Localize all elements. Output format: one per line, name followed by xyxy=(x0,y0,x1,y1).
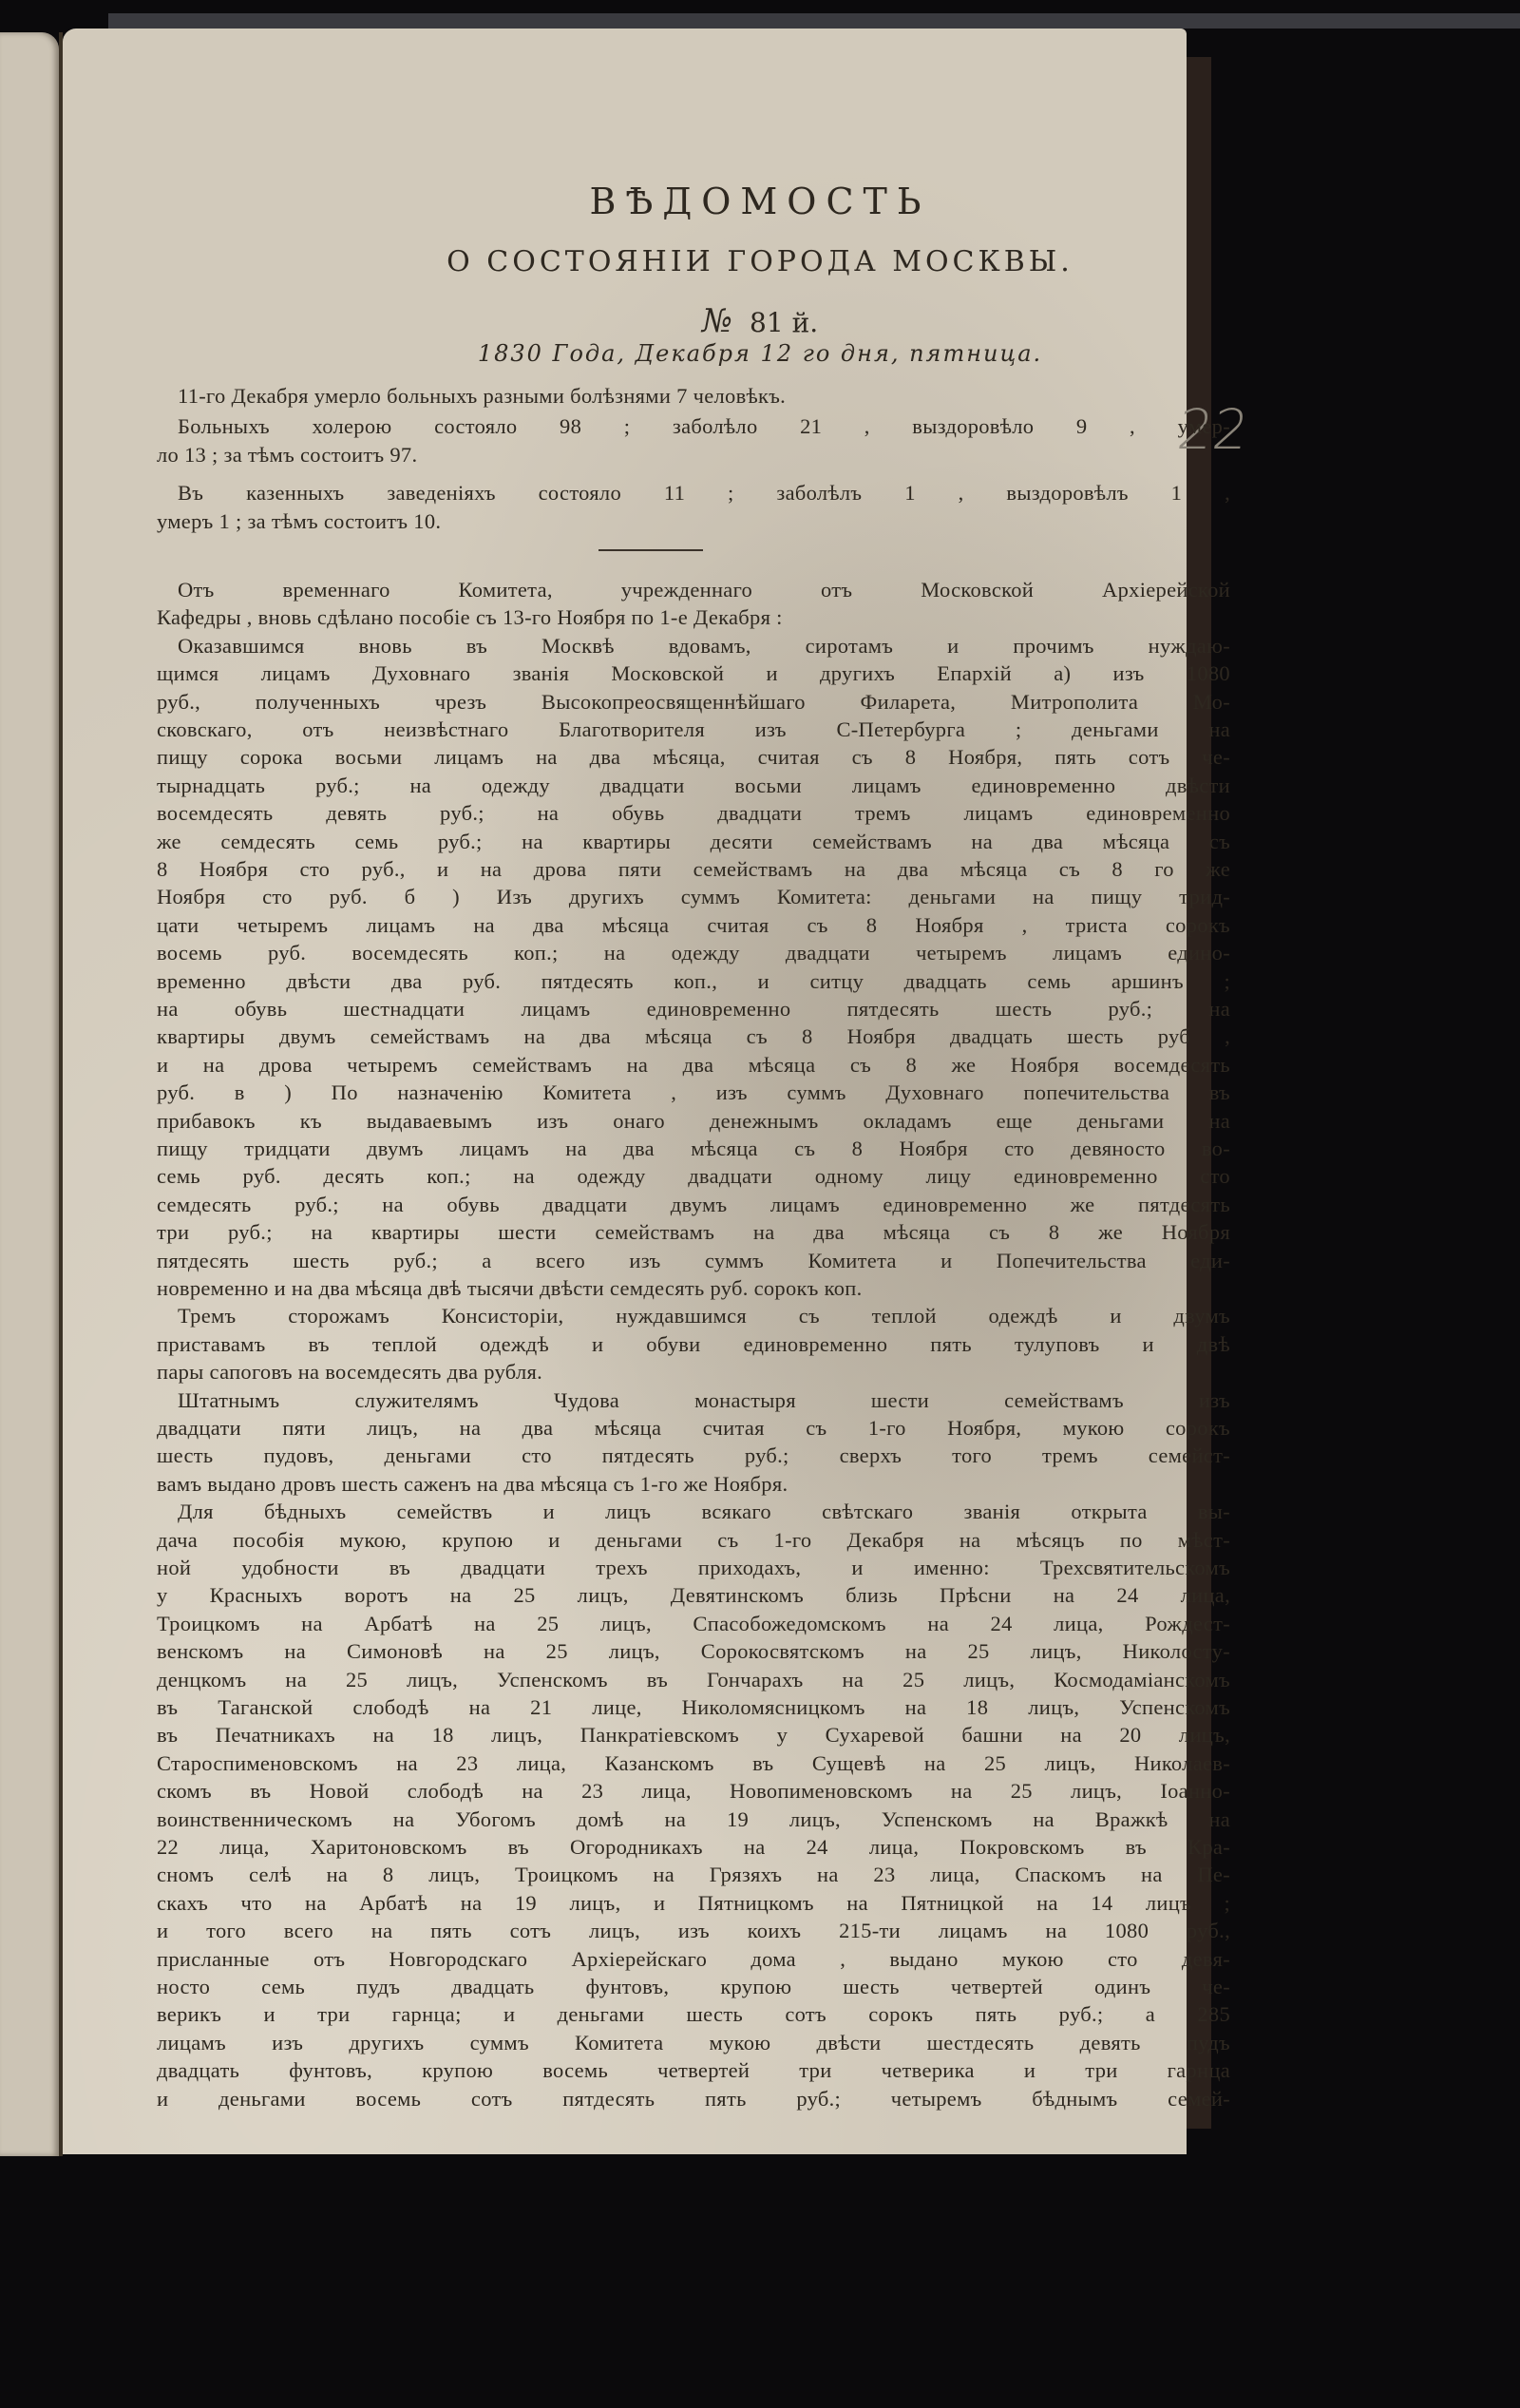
article-line: присланные отъ Новгородскаго Архіерейска… xyxy=(157,1947,1230,1972)
article-line: Для бѣдныхъ семействъ и лицъ всякаго свѣ… xyxy=(157,1500,1230,1524)
article-line: Отъ временнаго Комитета, учрежденнаго от… xyxy=(157,578,1230,602)
article-line: руб. в ) По назначенію Комитета , изъ су… xyxy=(157,1080,1230,1105)
article-line: тырнадцать руб.; на одежду двадцати вось… xyxy=(157,774,1230,798)
article-line: въ Таганской слободѣ на 21 лице, Николом… xyxy=(157,1695,1230,1720)
article-line: восемь руб. восемдесять коп.; на одежду … xyxy=(157,941,1230,965)
article-line: воинственническомъ на Убогомъ домѣ на 19… xyxy=(157,1807,1230,1832)
article-line: скомъ въ Новой слободѣ на 23 лица, Новоп… xyxy=(157,1779,1230,1804)
article-line: дача пособія мукою, крупою и деньгами съ… xyxy=(157,1528,1230,1553)
masthead-subtitle: О СОСТОЯНІИ ГОРОДА МОСКВЫ. xyxy=(0,245,1520,278)
article-line: носто семь пудъ двадцать фунтовъ, крупою… xyxy=(157,1975,1230,1999)
report-line: 11-го Декабря умерло больныхъ разными бо… xyxy=(157,384,1230,409)
masthead-title: ВѢДОМОСТЬ xyxy=(0,181,1520,222)
article-line: ной удобности въ двадцати трехъ приходах… xyxy=(157,1556,1230,1580)
numero-sign: № xyxy=(702,302,732,340)
article-line: квартиры двумъ семействамъ на два мѣсяца… xyxy=(157,1024,1230,1049)
dateline: 1830 Года, Декабря 12 го дня, пятница. xyxy=(0,340,1520,367)
article-line: 8 Ноября сто руб., и на дрова пяти семей… xyxy=(157,857,1230,882)
article-line: Троицкомъ на Арбатѣ на 25 лицъ, Спасобож… xyxy=(157,1612,1230,1636)
article-line: сковскаго, отъ неизвѣстнаго Благотворите… xyxy=(157,717,1230,742)
article-line: скахъ что на Арбатѣ на 19 лицъ, и Пятниц… xyxy=(157,1891,1230,1916)
article-line: семь руб. десять коп.; на одежду двадцат… xyxy=(157,1164,1230,1189)
article-line: пищу сорока восьми лицамъ на два мѣсяца,… xyxy=(157,745,1230,770)
background-right xyxy=(1187,29,1520,2408)
article-line: шесть пудовъ, деньгами сто пятдесять руб… xyxy=(157,1443,1230,1468)
article-line: денцкомъ на 25 лицъ, Успенскомъ въ Гонча… xyxy=(157,1668,1230,1692)
article-line: лицамъ изъ другихъ суммъ Комитета мукою … xyxy=(157,2031,1230,2055)
report-line: ло 13 ; за тѣмъ состоитъ 97. xyxy=(157,443,1230,468)
article-line: новременно и на два мѣсяца двѣ тысячи дв… xyxy=(157,1276,1230,1301)
article-line: у Красныхъ воротъ на 25 лицъ, Девятинско… xyxy=(157,1583,1230,1608)
article-line: въ Печатникахъ на 18 лицъ, Панкратіевско… xyxy=(157,1723,1230,1748)
article-line: Оказавшимся вновь въ Москвѣ вдовамъ, сир… xyxy=(157,634,1230,659)
article-line: пятдесять шесть руб.; а всего изъ суммъ … xyxy=(157,1249,1230,1273)
article-line: цати четыремъ лицамъ на два мѣсяца счита… xyxy=(157,913,1230,938)
issue-number-value: 81 й. xyxy=(750,307,818,338)
article-line: Староспименовскомъ на 23 лица, Казанском… xyxy=(157,1751,1230,1776)
issue-number: №81 й. xyxy=(0,302,1520,340)
article-line: венскомъ на Симоновѣ на 25 лицъ, Сорокос… xyxy=(157,1639,1230,1664)
article-line: пары сапоговъ на восемдесять два рубля. xyxy=(157,1360,1230,1385)
article-line: приставамъ въ теплой одеждѣ и обуви един… xyxy=(157,1332,1230,1357)
article-line: три руб.; на квартиры шести семействамъ … xyxy=(157,1220,1230,1245)
article-line: двадцать фунтовъ, крупою восемь четверте… xyxy=(157,2058,1230,2083)
report-line: Больныхъ холерою состояло 98 ; заболѣло … xyxy=(157,414,1230,439)
article-line: двадцати пяти лицъ, на два мѣсяца считая… xyxy=(157,1416,1230,1441)
article-line: 22 лица, Харитоновскомъ въ Огородникахъ … xyxy=(157,1835,1230,1860)
report-line: Въ казенныхъ заведеніяхъ состояло 11 ; з… xyxy=(157,481,1230,506)
article-line: сномъ селѣ на 8 лицъ, Троицкомъ на Грязя… xyxy=(157,1863,1230,1887)
article-line: прибавокъ къ выдаваевымъ изъ онаго денеж… xyxy=(157,1109,1230,1134)
article-line: пищу тридцати двумъ лицамъ на два мѣсяца… xyxy=(157,1137,1230,1161)
section-divider xyxy=(598,549,703,551)
article-line: Тремъ сторожамъ Консисторіи, нуждавшимся… xyxy=(157,1304,1230,1328)
article-line: Штатнымъ служителямъ Чудова монастыря ше… xyxy=(157,1388,1230,1413)
article-line: же семдесять семь руб.; на квартиры деся… xyxy=(157,830,1230,854)
article-line: щимся лицамъ Духовнаго званія Московской… xyxy=(157,661,1230,686)
article-line: верикъ и три гарнца; и деньгами шесть со… xyxy=(157,2002,1230,2027)
article-line: на обувь шестнадцати лицамъ единовременн… xyxy=(157,997,1230,1022)
article-line: временно двѣсти два руб. пятдесять коп.,… xyxy=(157,969,1230,994)
article-line: и деньгами восемь сотъ пятдесять пять ру… xyxy=(157,2087,1230,2112)
report-line: умеръ 1 ; за тѣмъ состоитъ 10. xyxy=(157,509,1230,534)
article-line: Кафедры , вновь сдѣлано пособіе съ 13-го… xyxy=(157,605,1230,630)
article-line: Ноября сто руб. б ) Изъ другихъ суммъ Ко… xyxy=(157,885,1230,909)
article-line: и того всего на пять сотъ лицъ, изъ коих… xyxy=(157,1919,1230,1943)
article-line: и на дрова четыремъ семействамъ на два м… xyxy=(157,1053,1230,1078)
scanner-frame-bar xyxy=(108,13,1520,29)
article-line: семдесять руб.; на обувь двадцати двумъ … xyxy=(157,1193,1230,1217)
article-line: вамъ выдано дровъ шесть саженъ на два мѣ… xyxy=(157,1472,1230,1497)
article-line: восемдесять девять руб.; на обувь двадца… xyxy=(157,801,1230,826)
article-line: руб., полученныхъ чрезъ Высокопреосвящен… xyxy=(157,690,1230,715)
